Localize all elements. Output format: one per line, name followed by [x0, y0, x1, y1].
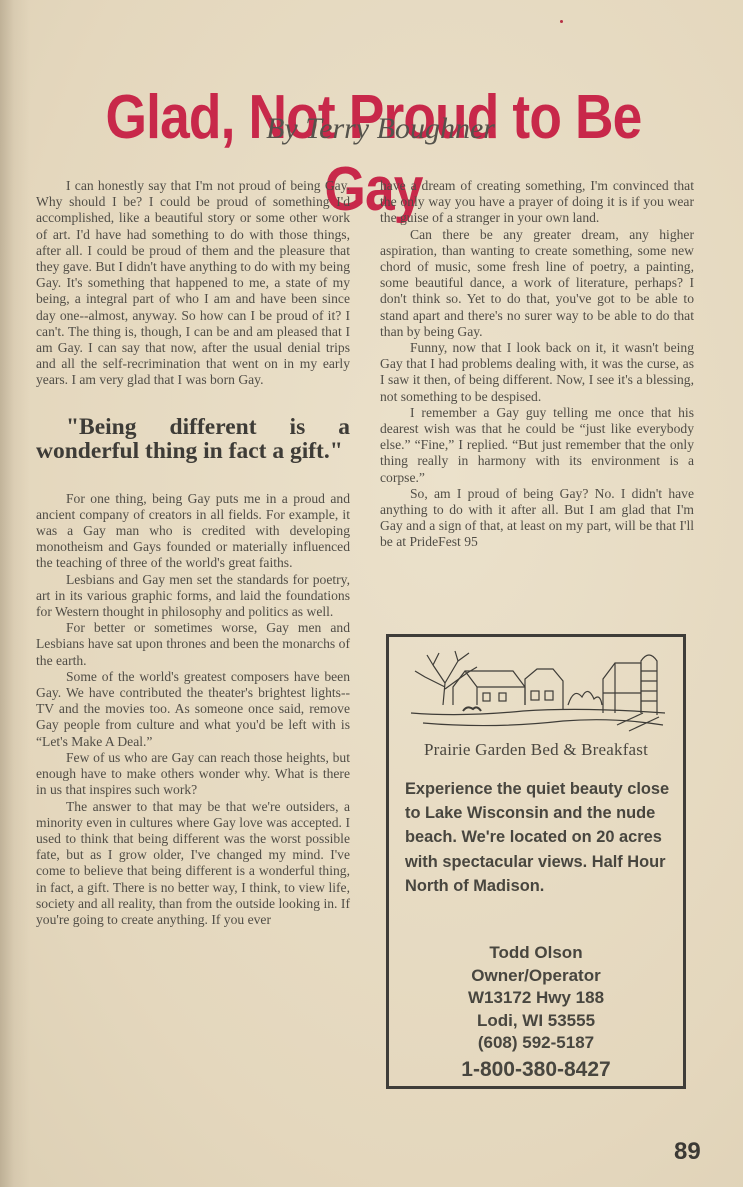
- article-paragraph: Funny, now that I look back on it, it wa…: [380, 340, 694, 405]
- ad-contact-role: Owner/Operator: [389, 965, 683, 988]
- ad-business-name: Prairie Garden Bed & Breakfast: [389, 740, 683, 760]
- ad-address-line1: W13172 Hwy 188: [389, 987, 683, 1010]
- article-paragraph: I can honestly say that I'm not proud of…: [36, 178, 350, 389]
- bed-and-breakfast-ad: Prairie Garden Bed & Breakfast Experienc…: [386, 634, 686, 1089]
- ad-phone: (608) 592-5187: [389, 1032, 683, 1055]
- article-paragraph: Few of us who are Gay can reach those he…: [36, 750, 350, 799]
- article-paragraph: So, am I proud of being Gay? No. I didn'…: [380, 486, 694, 551]
- ad-toll-free-phone: 1-800-380-8427: [389, 1056, 683, 1084]
- article-left-column: I can honestly say that I'm not proud of…: [36, 178, 350, 928]
- farmhouse-illustration-icon: [403, 643, 671, 743]
- article-paragraph: Can there be any greater dream, any high…: [380, 227, 694, 340]
- page-number: 89: [674, 1138, 701, 1166]
- article-byline: By Terry Boughner: [0, 112, 743, 146]
- ad-contact-block: Todd Olson Owner/Operator W13172 Hwy 188…: [389, 942, 683, 1084]
- ad-description: Experience the quiet beauty close to Lak…: [405, 777, 673, 898]
- article-paragraph: For better or sometimes worse, Gay men a…: [36, 620, 350, 669]
- article-paragraph-continued: have a dream of creating something, I'm …: [380, 178, 694, 227]
- pull-quote: "Being different is a wonderful thing in…: [36, 415, 350, 463]
- article-paragraph: Lesbians and Gay men set the standards f…: [36, 572, 350, 621]
- ink-speck: [560, 20, 563, 23]
- article-right-column: have a dream of creating something, I'm …: [380, 178, 694, 551]
- article-paragraph: The answer to that may be that we're out…: [36, 799, 350, 929]
- article-paragraph: Some of the world's greatest composers h…: [36, 669, 350, 750]
- article-paragraph: I remember a Gay guy telling me once tha…: [380, 405, 694, 486]
- article-paragraph: For one thing, being Gay puts me in a pr…: [36, 491, 350, 572]
- ad-address-line2: Lodi, WI 53555: [389, 1010, 683, 1033]
- ad-contact-name: Todd Olson: [389, 942, 683, 965]
